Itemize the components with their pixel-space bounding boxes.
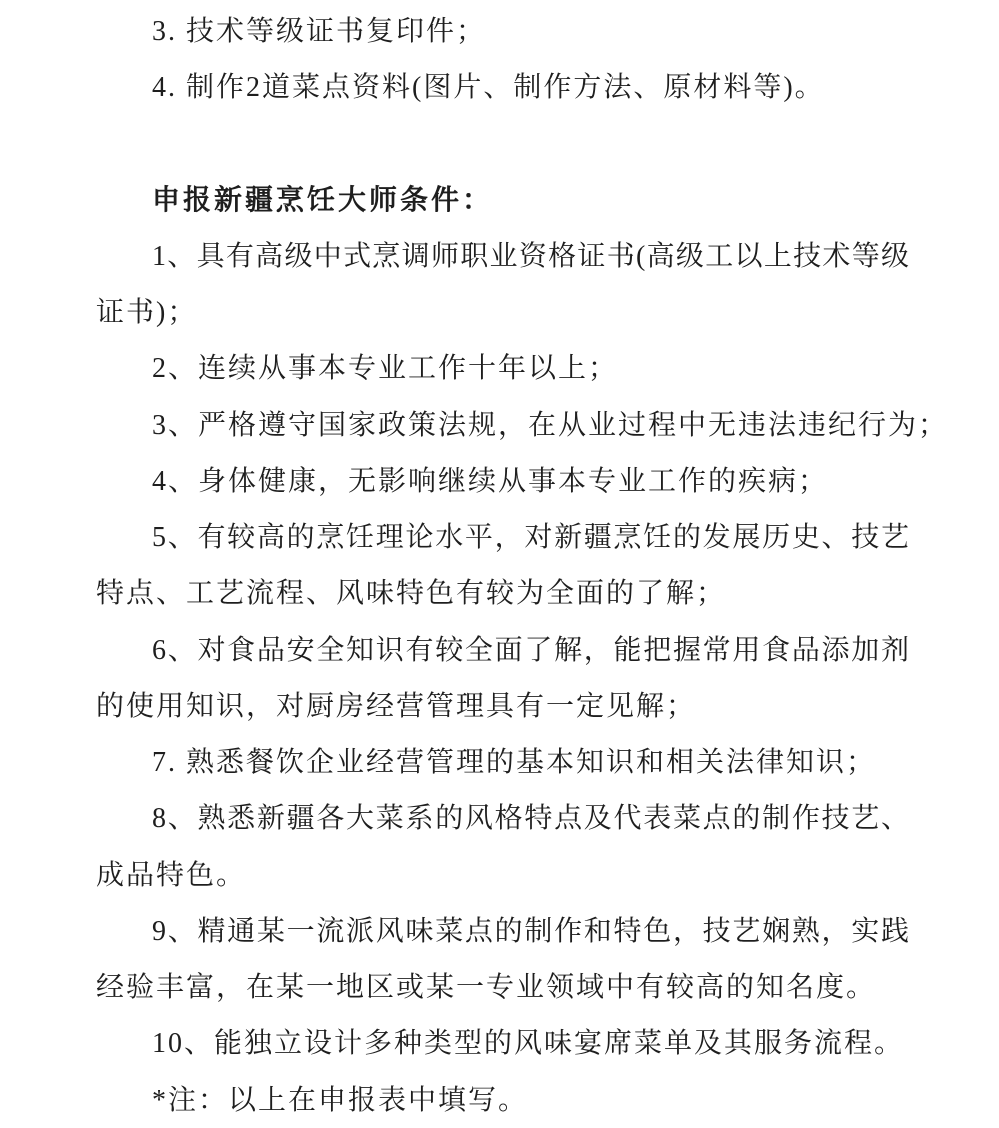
note-line: *注：以上在申报表中填写。 bbox=[96, 1083, 909, 1118]
attachment-item: 4. 制作2道菜点资料(图片、制作方法、原材料等)。 bbox=[96, 70, 909, 105]
condition-line-continuation: 的使用知识，对厨房经营管理具有一定见解； bbox=[96, 689, 909, 724]
condition-line-continuation: 特点、工艺流程、风味特色有较为全面的了解； bbox=[96, 576, 909, 611]
condition-line: 3、严格遵守国家政策法规，在从业过程中无违法违纪行为； bbox=[96, 408, 909, 443]
condition-line: 8、熟悉新疆各大菜系的风格特点及代表菜点的制作技艺、 bbox=[96, 801, 909, 836]
condition-line: 6、对食品安全知识有较全面了解，能把握常用食品添加剂 bbox=[96, 633, 909, 668]
condition-line: 4、身体健康，无影响继续从事本专业工作的疾病； bbox=[96, 464, 909, 499]
condition-line: 9、精通某一流派风味菜点的制作和特色，技艺娴熟，实践 bbox=[96, 914, 909, 949]
document-page: 3. 技术等级证书复印件； 4. 制作2道菜点资料(图片、制作方法、原材料等)。… bbox=[0, 0, 999, 1128]
attachment-item: 3. 技术等级证书复印件； bbox=[96, 14, 909, 49]
condition-line: 2、连续从事本专业工作十年以上； bbox=[96, 351, 909, 386]
condition-line-continuation: 证书)； bbox=[96, 295, 909, 330]
condition-line: 5、有较高的烹饪理论水平，对新疆烹饪的发展历史、技艺 bbox=[96, 520, 909, 555]
condition-line: 7. 熟悉餐饮企业经营管理的基本知识和相关法律知识； bbox=[96, 745, 909, 780]
condition-line-continuation: 经验丰富，在某一地区或某一专业领域中有较高的知名度。 bbox=[96, 970, 909, 1005]
condition-line: 10、能独立设计多种类型的风味宴席菜单及其服务流程。 bbox=[96, 1026, 909, 1061]
condition-line: 1、具有高级中式烹调师职业资格证书(高级工以上技术等级 bbox=[96, 239, 909, 274]
condition-line-continuation: 成品特色。 bbox=[96, 858, 909, 893]
section-heading: 申报新疆烹饪大师条件： bbox=[96, 183, 909, 218]
